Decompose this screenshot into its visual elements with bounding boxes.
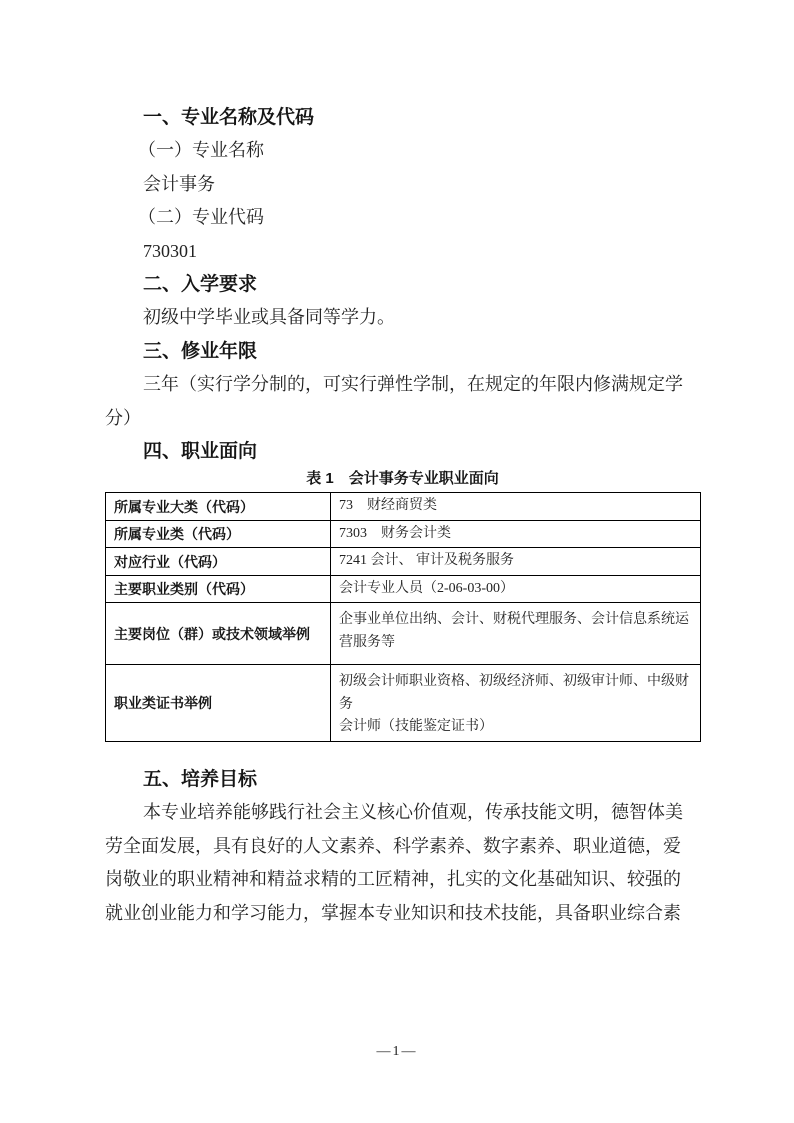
table-row: 主要岗位（群）或技术领域举例 企事业单位出纳、会计、财税代理服务、会计信息系统运… (106, 603, 701, 665)
major-code-label: （二）专业代码 (105, 201, 700, 234)
career-orientation-table: 所属专业大类（代码） 73 财经商贸类 所属专业类（代码） 7303 财务会计类… (105, 492, 701, 742)
table-row: 所属专业类（代码） 7303 财务会计类 (106, 520, 701, 548)
section-3-title: 三、修业年限 (105, 335, 700, 368)
page-number: —1— (0, 1044, 794, 1060)
section-2-body: 初级中学毕业或具备同等学力。 (105, 301, 700, 334)
table-caption: 表 1 会计事务专业职业面向 (105, 468, 700, 490)
row-value: 7241 会计、 审计及税务服务 (331, 548, 701, 576)
row-label: 所属专业大类（代码） (106, 493, 331, 521)
table-row: 主要职业类别（代码） 会计专业人员（2-06-03-00） (106, 575, 701, 603)
row-label: 职业类证书举例 (106, 665, 331, 742)
section-5-body: 本专业培养能够践行社会主义核心价值观，传承技能文明，德智体美 劳全面发展，具有良… (105, 796, 700, 930)
section-3-body: 三年（实行学分制的，可实行弹性学制，在规定的年限内修满规定学 分） (105, 368, 700, 435)
major-name-label: （一）专业名称 (105, 134, 700, 167)
row-label: 主要职业类别（代码） (106, 575, 331, 603)
row-value: 7303 财务会计类 (331, 520, 701, 548)
row-value: 初级会计师职业资格、初级经济师、初级审计师、中级财务 会计师（技能鉴定证书） (331, 665, 701, 742)
major-code-value: 730301 (105, 235, 700, 268)
table-row: 所属专业大类（代码） 73 财经商贸类 (106, 493, 701, 521)
table-row: 职业类证书举例 初级会计师职业资格、初级经济师、初级审计师、中级财务 会计师（技… (106, 665, 701, 742)
row-label: 主要岗位（群）或技术领域举例 (106, 603, 331, 665)
section-5-title: 五、培养目标 (105, 763, 700, 796)
table-row: 对应行业（代码） 7241 会计、 审计及税务服务 (106, 548, 701, 576)
row-value: 企事业单位出纳、会计、财税代理服务、会计信息系统运 营服务等 (331, 603, 701, 665)
major-name-value: 会计事务 (105, 168, 700, 201)
section-4-title: 四、职业面向 (105, 435, 700, 468)
section-2-title: 二、入学要求 (105, 268, 700, 301)
document-page: 一、专业名称及代码 （一）专业名称 会计事务 （二）专业代码 730301 二、… (0, 0, 794, 1123)
document-content: 一、专业名称及代码 （一）专业名称 会计事务 （二）专业代码 730301 二、… (105, 101, 700, 930)
row-value: 会计专业人员（2-06-03-00） (331, 575, 701, 603)
section-1-title: 一、专业名称及代码 (105, 101, 700, 134)
row-label: 对应行业（代码） (106, 548, 331, 576)
row-value: 73 财经商贸类 (331, 493, 701, 521)
row-label: 所属专业类（代码） (106, 520, 331, 548)
